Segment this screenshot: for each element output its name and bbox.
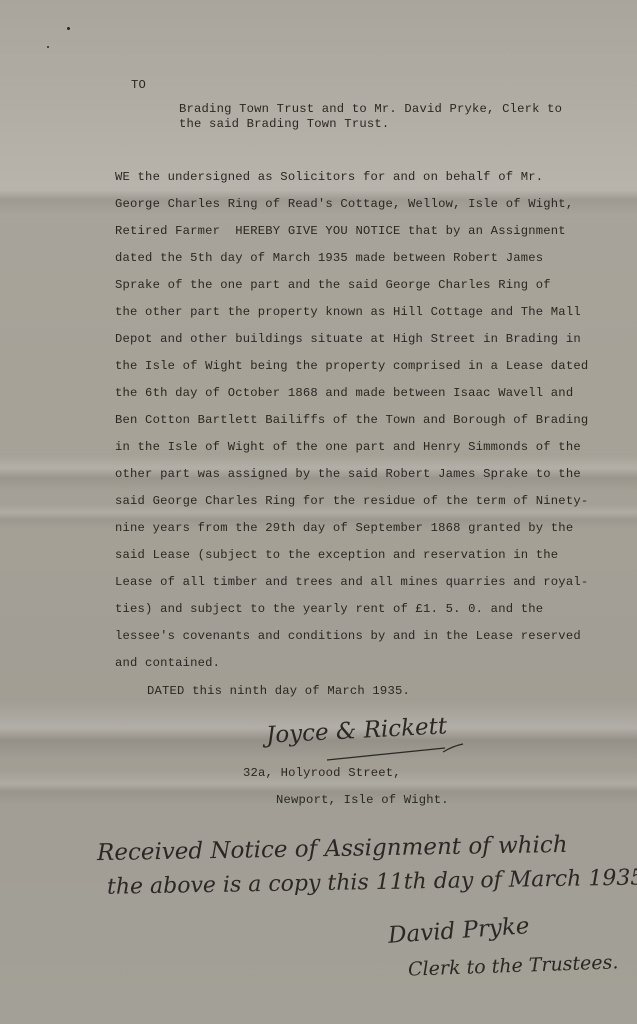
body-line: Retired Farmer HEREBY GIVE YOU NOTICE th… bbox=[115, 224, 566, 238]
body-line: George Charles Ring of Read's Cottage, W… bbox=[115, 197, 573, 211]
body-line: Depot and other buildings situate at Hig… bbox=[115, 332, 581, 346]
addressee-label: TO bbox=[131, 78, 146, 92]
addressee-line: the said Brading Town Trust. bbox=[179, 117, 389, 131]
notice-body: WE the undersigned as Solicitors for and… bbox=[115, 170, 635, 680]
body-line: said Lease (subject to the exception and… bbox=[115, 548, 558, 562]
paper-speck bbox=[67, 27, 70, 30]
body-line: the 6th day of October 1868 and made bet… bbox=[115, 386, 573, 400]
body-line: nine years from the 29th day of Septembe… bbox=[115, 521, 573, 535]
body-line: the Isle of Wight being the property com… bbox=[115, 359, 588, 373]
body-line: ties) and subject to the yearly rent of … bbox=[115, 602, 543, 616]
body-line: other part was assigned by the said Robe… bbox=[115, 467, 581, 481]
body-line: lessee's covenants and conditions by and… bbox=[115, 629, 581, 643]
paper-speck bbox=[47, 46, 49, 48]
body-line: Lease of all timber and trees and all mi… bbox=[115, 575, 588, 589]
address-line: 32a, Holyrood Street, bbox=[243, 766, 401, 780]
body-line: and contained. bbox=[115, 656, 220, 670]
address-line: Newport, Isle of Wight. bbox=[276, 793, 449, 807]
addressee-line: Brading Town Trust and to Mr. David Pryk… bbox=[179, 102, 562, 116]
body-line: said George Charles Ring for the residue… bbox=[115, 494, 588, 508]
addressee-block: Brading Town Trust and to Mr. David Pryk… bbox=[179, 102, 619, 136]
body-line: Ben Cotton Bartlett Bailiffs of the Town… bbox=[115, 413, 588, 427]
dated-line: DATED this ninth day of March 1935. bbox=[147, 684, 410, 698]
body-line: dated the 5th day of March 1935 made bet… bbox=[115, 251, 543, 265]
body-line: the other part the property known as Hil… bbox=[115, 305, 581, 319]
body-line: WE the undersigned as Solicitors for and… bbox=[115, 170, 543, 184]
body-line: Sprake of the one part and the said Geor… bbox=[115, 278, 551, 292]
signature-flourish-icon bbox=[325, 738, 470, 764]
body-line: in the Isle of Wight of the one part and… bbox=[115, 440, 581, 454]
